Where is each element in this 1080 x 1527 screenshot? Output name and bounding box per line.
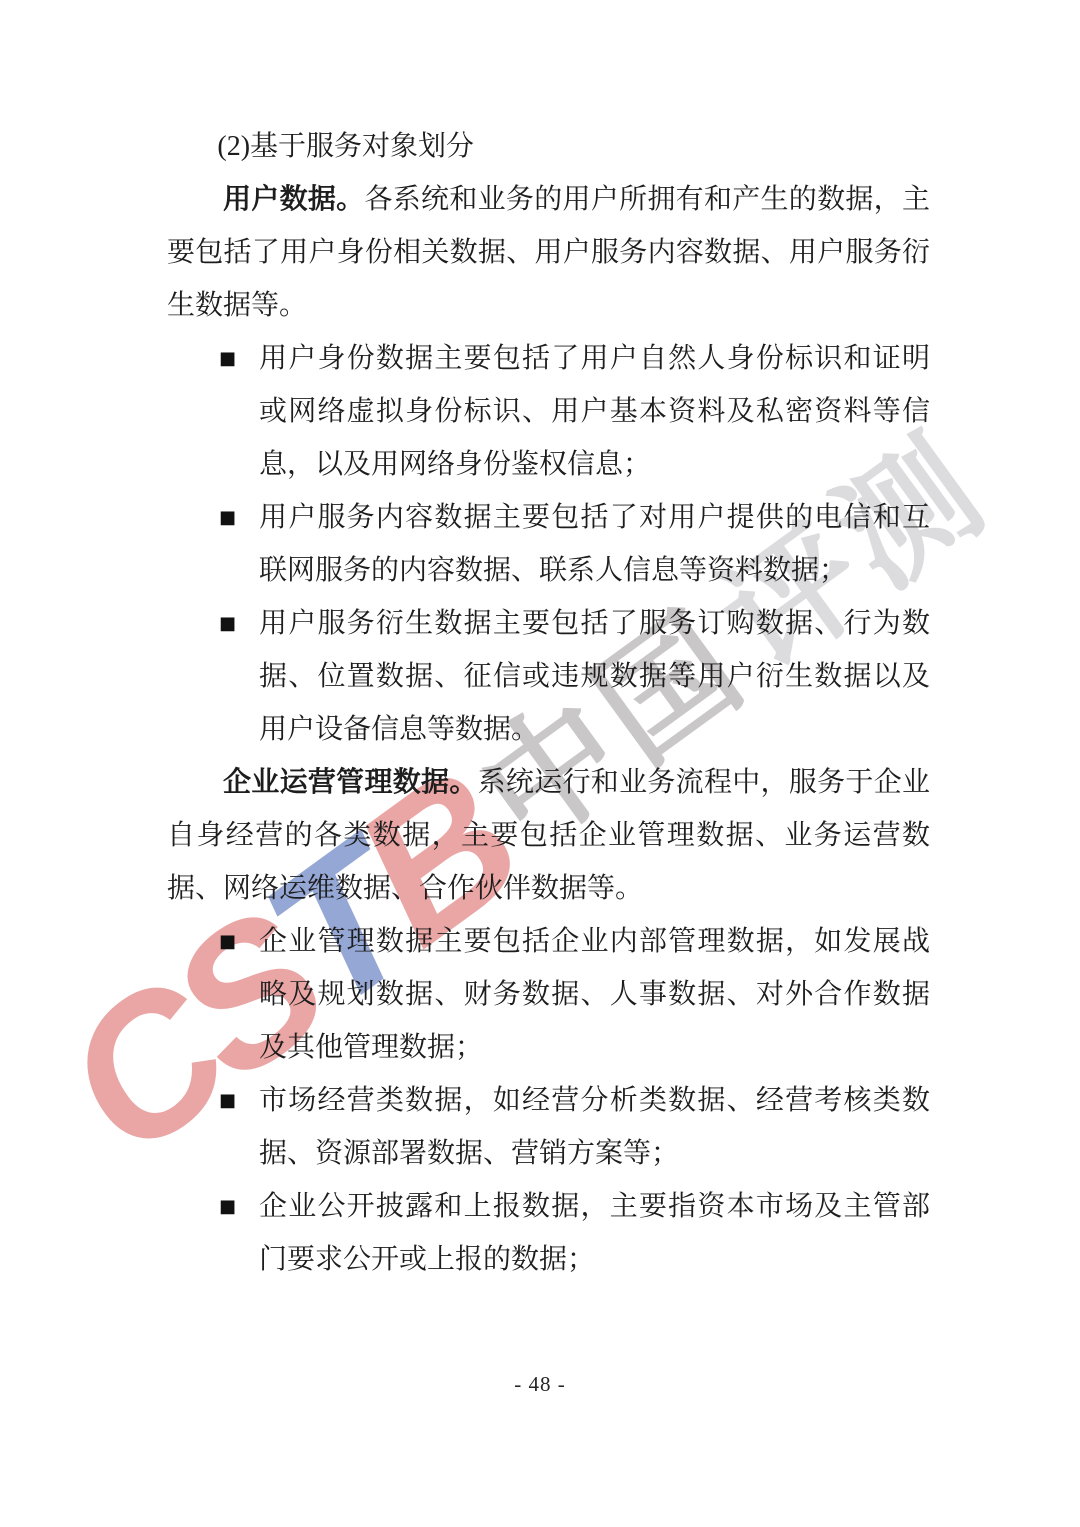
bullet-square-icon: ■	[219, 1074, 259, 1180]
paragraph-enterprise-data: 企业运营管理数据。系统运行和业务流程中，服务于企业自身经营的各类数据，主要包括企…	[167, 756, 930, 915]
bullet-square-icon: ■	[219, 332, 259, 491]
paragraph-user-data: 用户数据。各系统和业务的用户所拥有和产生的数据，主要包括了用户身份相关数据、用户…	[167, 173, 930, 332]
bullet-square-icon: ■	[219, 1180, 259, 1286]
bullet-item: ■ 用户身份数据主要包括了用户自然人身份标识和证明或网络虚拟身份标识、用户基本资…	[219, 332, 930, 491]
bullet-text: 用户服务衍生数据主要包括了服务订购数据、行为数据、位置数据、征信或违规数据等用户…	[259, 597, 930, 756]
bullet-text: 市场经营类数据，如经营分析类数据、经营考核类数据、资源部署数据、营销方案等；	[259, 1074, 930, 1180]
page-content: (2)基于服务对象划分 用户数据。各系统和业务的用户所拥有和产生的数据，主要包括…	[167, 120, 930, 1286]
bullet-text: 用户服务内容数据主要包括了对用户提供的电信和互联网服务的内容数据、联系人信息等资…	[259, 491, 930, 597]
page-number: - 48 -	[0, 1372, 1080, 1397]
paragraph-lead: 用户数据。	[223, 184, 364, 215]
paragraph-lead: 企业运营管理数据。	[223, 767, 478, 798]
bullet-square-icon: ■	[219, 597, 259, 756]
section-heading: (2)基于服务对象划分	[167, 120, 930, 173]
document-page: C S T B 中国 评测 (2)基于服务对象划分 用户数据。各系统和业务的用户…	[0, 0, 1080, 1527]
bullet-text: 企业公开披露和上报数据，主要指资本市场及主管部门要求公开或上报的数据；	[259, 1180, 930, 1286]
bullet-item: ■ 企业公开披露和上报数据，主要指资本市场及主管部门要求公开或上报的数据；	[219, 1180, 930, 1286]
bullet-text: 企业管理数据主要包括企业内部管理数据，如发展战略及规划数据、财务数据、人事数据、…	[259, 915, 930, 1074]
bullet-item: ■ 企业管理数据主要包括企业内部管理数据，如发展战略及规划数据、财务数据、人事数…	[219, 915, 930, 1074]
bullet-item: ■ 用户服务内容数据主要包括了对用户提供的电信和互联网服务的内容数据、联系人信息…	[219, 491, 930, 597]
bullet-item: ■ 用户服务衍生数据主要包括了服务订购数据、行为数据、位置数据、征信或违规数据等…	[219, 597, 930, 756]
bullet-square-icon: ■	[219, 491, 259, 597]
bullet-square-icon: ■	[219, 915, 259, 1074]
bullet-text: 用户身份数据主要包括了用户自然人身份标识和证明或网络虚拟身份标识、用户基本资料及…	[259, 332, 930, 491]
bullet-item: ■ 市场经营类数据，如经营分析类数据、经营考核类数据、资源部署数据、营销方案等；	[219, 1074, 930, 1180]
